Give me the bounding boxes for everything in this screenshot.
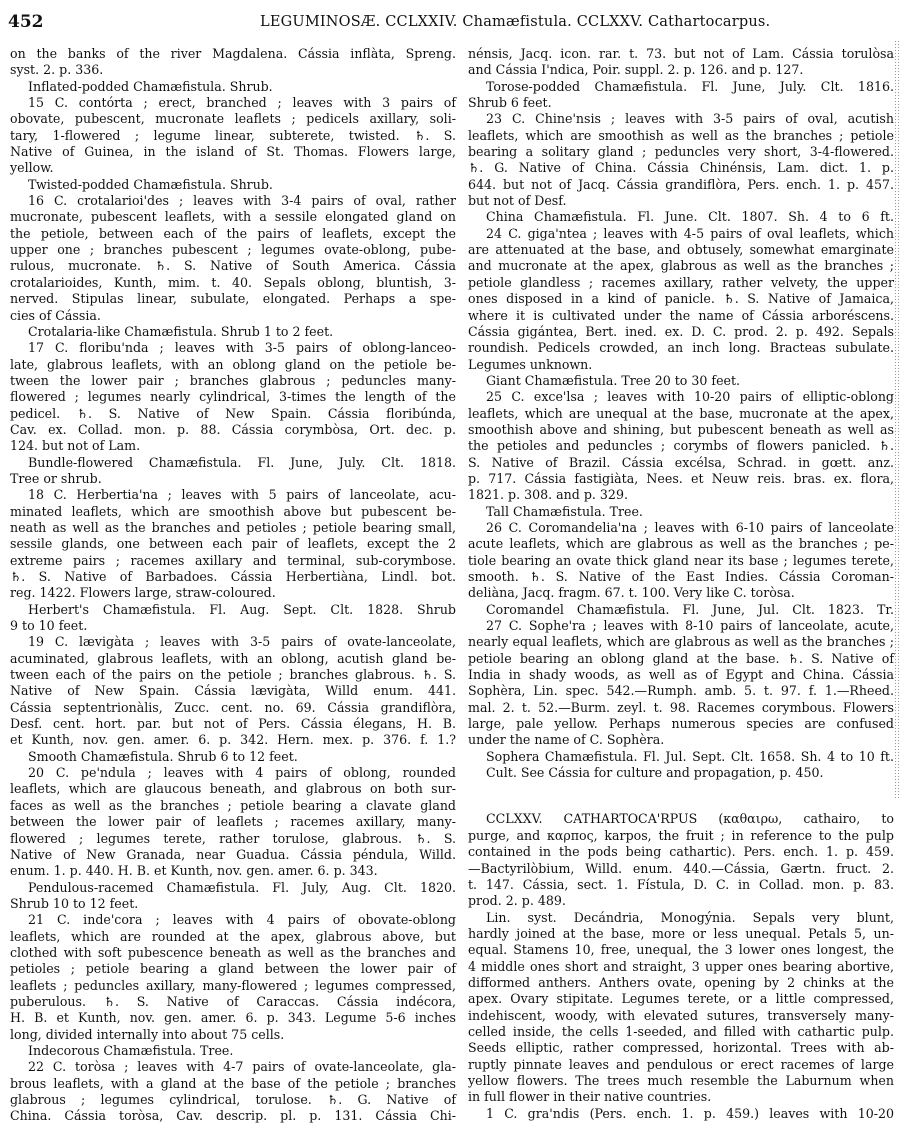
text-line: flowered ; legumes nearly cylindrical, 3… (10, 389, 456, 405)
text-line: 19 C. lævigàta ; leaves with 3-5 pairs o… (10, 634, 456, 650)
text-line: Cult. See Cássia for culture and propaga… (468, 765, 894, 781)
text-line: contained in the pods being cathartic). … (468, 844, 894, 860)
text-line: hardly joined at the base, more or less … (468, 926, 894, 942)
text-line: yellow flowers. The trees much resemble … (468, 1073, 894, 1089)
text-line: brous leaflets, with a gland at the base… (10, 1076, 456, 1092)
text-line: CCLXXV. CATHARTOCA'RPUS (καθαιρω, cathai… (468, 811, 894, 827)
text-line: leaflets, which are rounded at the apex,… (10, 929, 456, 945)
text-line: Twisted-podded Chamæfistula. Shrub. (10, 177, 456, 193)
text-line: faces as well as the branches ; petiole … (10, 798, 456, 814)
text-line: Tall Chamæfistula. Tree. (468, 504, 894, 520)
text-line: 23 C. Chine'nsis ; leaves with 3-5 pairs… (468, 111, 894, 127)
text-line: on the banks of the river Magdalena. Cás… (10, 46, 456, 62)
text-line: under the name of C. Sophèra. (468, 732, 894, 748)
text-line: petiole bearing an oblong gland at the b… (468, 651, 894, 667)
text-line: sessile glands, one between each pair of… (10, 536, 456, 552)
text-line: p. 717. Cássia fastigiàta, Nees. et Neuw… (468, 471, 894, 487)
text-line: ruptly pinnate leaves and pendulous or e… (468, 1057, 894, 1073)
text-line: mucronate, pubescent leaflets, with a se… (10, 209, 456, 225)
text-line: Desf. cent. hort. par. but not of Pers. … (10, 716, 456, 732)
text-line: 16 C. crotalarioi'des ; leaves with 3-4 … (10, 193, 456, 209)
text-line: indehiscent, woody, with elevated suture… (468, 1008, 894, 1024)
text-line: 124. but not of Lam. (10, 438, 456, 454)
text-line: nearly equal leaflets, which are glabrou… (468, 634, 894, 650)
text-line: leaflets, which are glaucous beneath, an… (10, 781, 456, 797)
text-line: smoothish above and shining, but pubesce… (468, 422, 894, 438)
text-line: long, divided internally into about 75 c… (10, 1027, 456, 1043)
text-line: 1821. p. 308. and p. 329. (468, 487, 894, 503)
text-line: yellow. (10, 160, 456, 176)
text-line: Giant Chamæfistula. Tree 20 to 30 feet. (468, 373, 894, 389)
text-line: Coromandel Chamæfistula. Fl. June, Jul. … (468, 602, 894, 618)
text-line: 25 C. exce'lsa ; leaves with 10-20 pairs… (468, 389, 894, 405)
text-line: nénsis, Jacq. icon. rar. t. 73. but not … (468, 46, 894, 62)
text-line: pedicel. ♄. S. Native of New Spain. Cáss… (10, 406, 456, 422)
text-line: difformed anthers. Anthers ovate, openin… (468, 975, 894, 991)
text-line: extreme pairs ; racemes axillary and ter… (10, 553, 456, 569)
text-line: Crotalaria-like Chamæfistula. Shrub 1 to… (10, 324, 456, 340)
text-line: roundish. Pedicels crowded, an inch long… (468, 340, 894, 356)
text-line: and Cássia I'ndica, Poir. suppl. 2. p. 1… (468, 62, 894, 78)
text-line: reg. 1422. Flowers large, straw-coloured… (10, 585, 456, 601)
text-line: flowered ; legumes terete, rather torulo… (10, 831, 456, 847)
text-line: tween the lower pair ; branches glabrous… (10, 373, 456, 389)
text-line: prod. 2. p. 489. (468, 893, 894, 909)
text-line: tween each of the pairs on the petiole ;… (10, 667, 456, 683)
text-line: 27 C. Sophe'ra ; leaves with 8-10 pairs … (468, 618, 894, 634)
text-line: leaflets ; peduncles axillary, many-flow… (10, 978, 456, 994)
text-line: rulous, mucronate. ♄. S. Native of South… (10, 258, 456, 274)
text-line: nerved. Stipulas linear, subulate, elong… (10, 291, 456, 307)
text-line: crotalarioides, Kunth, mim. t. 40. Sepal… (10, 275, 456, 291)
text-line: apex. Ovary stipitate. Legumes terete, o… (468, 991, 894, 1007)
text-line: Cássia gigántea, Bert. ined. ex. D. C. p… (468, 324, 894, 340)
text-line: Indecorous Chamæfistula. Tree. (10, 1043, 456, 1059)
text-line: Cássia septentrionàlis, Zucc. cent. no. … (10, 700, 456, 716)
text-line: late, glabrous leaflets, with an oblong … (10, 357, 456, 373)
text-line: Seeds elliptic, rather compressed, horiz… (468, 1040, 894, 1056)
text-line: upper one ; branches pubescent ; legumes… (10, 242, 456, 258)
text-line: neath as well as the branches and petiol… (10, 520, 456, 536)
text-line: minated leaflets, which are smoothish ab… (10, 504, 456, 520)
text-line: India in shady woods, as well as of Egyp… (468, 667, 894, 683)
text-line: enum. 1. p. 440. H. B. et Kunth, nov. ge… (10, 863, 456, 879)
text-line: leaflets, which are smoothish as well as… (468, 128, 894, 144)
text-line: Herbert's Chamæfistula. Fl. Aug. Sept. C… (10, 602, 456, 618)
text-line: Torose-podded Chamæfistula. Fl. June, Ju… (468, 79, 894, 95)
text-line: 17 C. floribu'nda ; leaves with 3-5 pair… (10, 340, 456, 356)
text-line: S. Native of Brazil. Cássia excélsa, Sch… (468, 455, 894, 471)
text-line: clothed with soft pubescence beneath as … (10, 945, 456, 961)
text-line: Native of New Granada, near Guadua. Cáss… (10, 847, 456, 863)
text-line: where it is cultivated under the name of… (468, 308, 894, 324)
text-line: petiole glandless ; racemes axillary, ra… (468, 275, 894, 291)
text-line: Smooth Chamæfistula. Shrub 6 to 12 feet. (10, 749, 456, 765)
text-line: Pendulous-racemed Chamæfistula. Fl. July… (10, 880, 456, 896)
text-line: Sophera Chamæfistula. Fl. Jul. Sept. Clt… (468, 749, 894, 765)
page-edge-shadow (894, 40, 900, 800)
text-line: Sophèra, Lin. spec. 542.—Rumph. amb. 5. … (468, 683, 894, 699)
text-line: petioles ; petiole bearing a gland betwe… (10, 961, 456, 977)
text-line: ♄. S. Native of Barbadoes. Cássia Herber… (10, 569, 456, 585)
text-line: ♄. G. Native of China. Cássia Chinénsis,… (468, 160, 894, 176)
section-gap (468, 781, 894, 811)
text-line: China. Cássia toròsa, Cav. descrip. pl. … (10, 1108, 456, 1124)
text-line: et Kunth, nov. gen. amer. 6. p. 342. Her… (10, 732, 456, 748)
text-line: 20 C. pe'ndula ; leaves with 4 pairs of … (10, 765, 456, 781)
text-line: deliàna, Jacq. fragm. 67. t. 100. Very l… (468, 585, 894, 601)
text-line: 22 C. toròsa ; leaves with 4-7 pairs of … (10, 1059, 456, 1075)
text-line: equal. Stamens 10, free, unequal, the 3 … (468, 942, 894, 958)
text-line: tiole bearing an ovate thick gland near … (468, 553, 894, 569)
text-line: leaflets, which are unequal at the base,… (468, 406, 894, 422)
text-line: 1 C. gra'ndis (Pers. ench. 1. p. 459.) l… (468, 1106, 894, 1122)
text-line: —Bactyrilòbium, Willd. enum. 440.—Cássia… (468, 861, 894, 877)
text-line: 21 C. inde'cora ; leaves with 4 pairs of… (10, 912, 456, 928)
text-line: China Chamæfistula. Fl. June. Clt. 1807.… (468, 209, 894, 225)
text-line: obovate, pubescent, mucronate leaflets ;… (10, 111, 456, 127)
text-line: 24 C. giga'ntea ; leaves with 4-5 pairs … (468, 226, 894, 242)
text-line: 18 C. Herbertia'na ; leaves with 5 pairs… (10, 487, 456, 503)
text-line: t. 147. Cássia, sect. 1. Fístula, D. C. … (468, 877, 894, 893)
text-line: Bundle-flowered Chamæfistula. Fl. June, … (10, 455, 456, 471)
running-head: LEGUMINOSÆ. CCLXXIV. Chamæfistula. CCLXX… (260, 14, 770, 30)
text-line: cies of Cássia. (10, 308, 456, 324)
text-line: Tree or shrub. (10, 471, 456, 487)
text-line: 644. but not of Jacq. Cássia grandiflòra… (468, 177, 894, 193)
text-line: acuminated, glabrous leaflets, with an o… (10, 651, 456, 667)
text-line: acute leaflets, which are glabrous as we… (468, 536, 894, 552)
text-line: in full flower in their native countries… (468, 1089, 894, 1105)
text-line: Lin. syst. Decándria, Monogýnia. Sepals … (468, 910, 894, 926)
text-line: mal. 2. t. 52.—Burm. zeyl. t. 98. Raceme… (468, 700, 894, 716)
text-line: between the lower pair of leaflets ; rac… (10, 814, 456, 830)
text-line: puberulous. ♄. S. Native of Caraccas. Cá… (10, 994, 456, 1010)
text-line: glabrous ; legumes cylindrical, torulose… (10, 1092, 456, 1108)
text-line: smooth. ♄. S. Native of the East Indies.… (468, 569, 894, 585)
text-line: 26 C. Coromandelia'na ; leaves with 6-10… (468, 520, 894, 536)
page-number: 452 (8, 12, 44, 32)
text-line: Shrub 6 feet. (468, 95, 894, 111)
text-line: bearing a solitary gland ; peduncles ver… (468, 144, 894, 160)
text-line: 4 middle ones short and straight, 3 uppe… (468, 959, 894, 975)
text-line: Native of Guinea, in the island of St. T… (10, 144, 456, 160)
right-column: nénsis, Jacq. icon. rar. t. 73. but not … (468, 46, 894, 1122)
text-line: H. B. et Kunth, nov. gen. amer. 6. p. 34… (10, 1010, 456, 1026)
text-line: and mucronate at the apex, glabrous as w… (468, 258, 894, 274)
text-line: Inflated-podded Chamæfistula. Shrub. (10, 79, 456, 95)
text-line: Native of New Spain. Cássia lævigàta, Wi… (10, 683, 456, 699)
text-line: Cav. ex. Collad. mon. p. 88. Cássia cory… (10, 422, 456, 438)
text-line: are attenuated at the base, and obtusely… (468, 242, 894, 258)
text-line: ones disposed in a kind of panicle. ♄. S… (468, 291, 894, 307)
text-line: 9 to 10 feet. (10, 618, 456, 634)
text-line: 15 C. contórta ; erect, branched ; leave… (10, 95, 456, 111)
text-line: but not of Desf. (468, 193, 894, 209)
text-line: large, pale yellow. Perhaps numerous spe… (468, 716, 894, 732)
text-line: Shrub 10 to 12 feet. (10, 896, 456, 912)
text-line: the petioles and peduncles ; corymbs of … (468, 438, 894, 454)
text-line: tary, 1-flowered ; legume linear, subter… (10, 128, 456, 144)
text-line: celled inside, the cells 1-seeded, and f… (468, 1024, 894, 1040)
text-line: purge, and καρπος, karpos, the fruit ; i… (468, 828, 894, 844)
text-line: syst. 2. p. 336. (10, 62, 456, 78)
page-header: 452 LEGUMINOSÆ. CCLXXIV. Chamæfistula. C… (0, 8, 900, 38)
text-line: the petiole, between each of the pairs o… (10, 226, 456, 242)
text-line: Legumes unknown. (468, 357, 894, 373)
left-column: on the banks of the river Magdalena. Cás… (10, 46, 456, 1125)
